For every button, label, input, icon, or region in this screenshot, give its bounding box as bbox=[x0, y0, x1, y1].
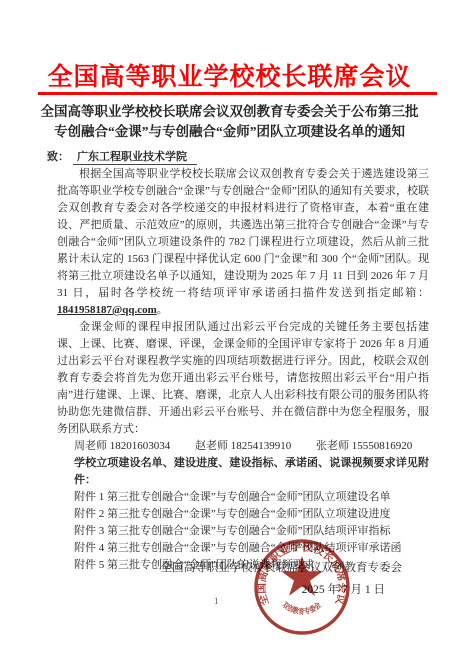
contact-3-name: 张老师 bbox=[316, 440, 349, 452]
attachments-intro: 学校立项建设名单、建设进度、建设指标、承诺函、说课视频要求详见附件： bbox=[57, 455, 429, 489]
page-number: 1 bbox=[214, 596, 219, 606]
contact-1-name: 周老师 bbox=[74, 440, 107, 452]
contact-2: 赵老师 18254139910 bbox=[195, 440, 291, 452]
contact-3: 张老师 15550816920 bbox=[316, 440, 412, 452]
attachment-item-4: 附件 4 第三批专创融合“金课”与专创融合“金师”团队结项评审承诺函 bbox=[57, 540, 429, 557]
notice-title: 全国高等职业学校校长联席会议双创教育专委会关于公布第三批 专创融合“金课”与专创… bbox=[30, 102, 429, 142]
attachment-item-3: 附件 3 第三批专创融合“金课”与专创融合“金师”团队结项评审指标 bbox=[57, 523, 429, 540]
attachment-item-1: 附件 1 第三批专创融合“金课”与专创融合“金师”团队立项建设名单 bbox=[57, 489, 429, 506]
recipient-line: 致：广东工程职业技术学院 bbox=[47, 149, 429, 166]
letterhead-rule bbox=[38, 92, 437, 95]
notice-title-line2: 专创融合“金课”与专创融合“金师”团队立项建设名单的通知 bbox=[30, 122, 429, 142]
contact-1-phone: 18201603034 bbox=[110, 440, 171, 452]
contact-email[interactable]: 1841958187@qq.com bbox=[57, 304, 157, 316]
paragraph-2: 金课金师的课程申报团队通过出彩云平台完成的关键任务主要包括建课、上课、比赛、磨课… bbox=[57, 319, 429, 438]
contact-3-phone: 15550816920 bbox=[352, 440, 413, 452]
paragraph-1-text: 根据全国高等职业学校校长联席会议双创教育专委会关于遴选建设第三批高等职业学校专创… bbox=[57, 168, 429, 299]
attachment-item-2: 附件 2 第三批专创融合“金课”与专创融合“金师”团队立项建设进度 bbox=[57, 506, 429, 523]
letterhead-title: 全国高等职业学校校长联席会议 bbox=[0, 57, 459, 93]
document-page: 全国高等职业学校校长联席会议 全国高等职业学校校长联席会议双创教育专委会关于公布… bbox=[0, 0, 459, 654]
signature-date: 2025 年 7 月 1 日 bbox=[302, 581, 385, 597]
seal-bottom-text: 双创教育专委会 bbox=[280, 600, 323, 617]
notice-title-line1: 全国高等职业学校校长联席会议双创教育专委会关于公布第三批 bbox=[30, 102, 429, 122]
contact-1: 周老师 18201603034 bbox=[74, 440, 170, 452]
recipient-name: 广东工程职业技术学院 bbox=[73, 151, 197, 165]
seal-bottom-text-holder: 双创教育专委会 bbox=[280, 600, 323, 617]
notice-body: 致：广东工程职业技术学院 根据全国高等职业学校校长联席会议双创教育专委会关于遴选… bbox=[57, 149, 429, 574]
contact-line: 周老师 18201603034 赵老师 18254139910 张老师 1555… bbox=[57, 438, 429, 455]
recipient-label: 致： bbox=[47, 151, 69, 163]
contact-2-name: 赵老师 bbox=[195, 440, 228, 452]
paragraph-1: 根据全国高等职业学校校长联席会议双创教育专委会关于遴选建设第三批高等职业学校专创… bbox=[57, 166, 429, 319]
signature-org: 全国高等职业学校校长联席会议双创教育专委会 bbox=[161, 559, 403, 575]
contact-2-phone: 18254139910 bbox=[231, 440, 292, 452]
paragraph-1-period: 。 bbox=[157, 304, 168, 316]
